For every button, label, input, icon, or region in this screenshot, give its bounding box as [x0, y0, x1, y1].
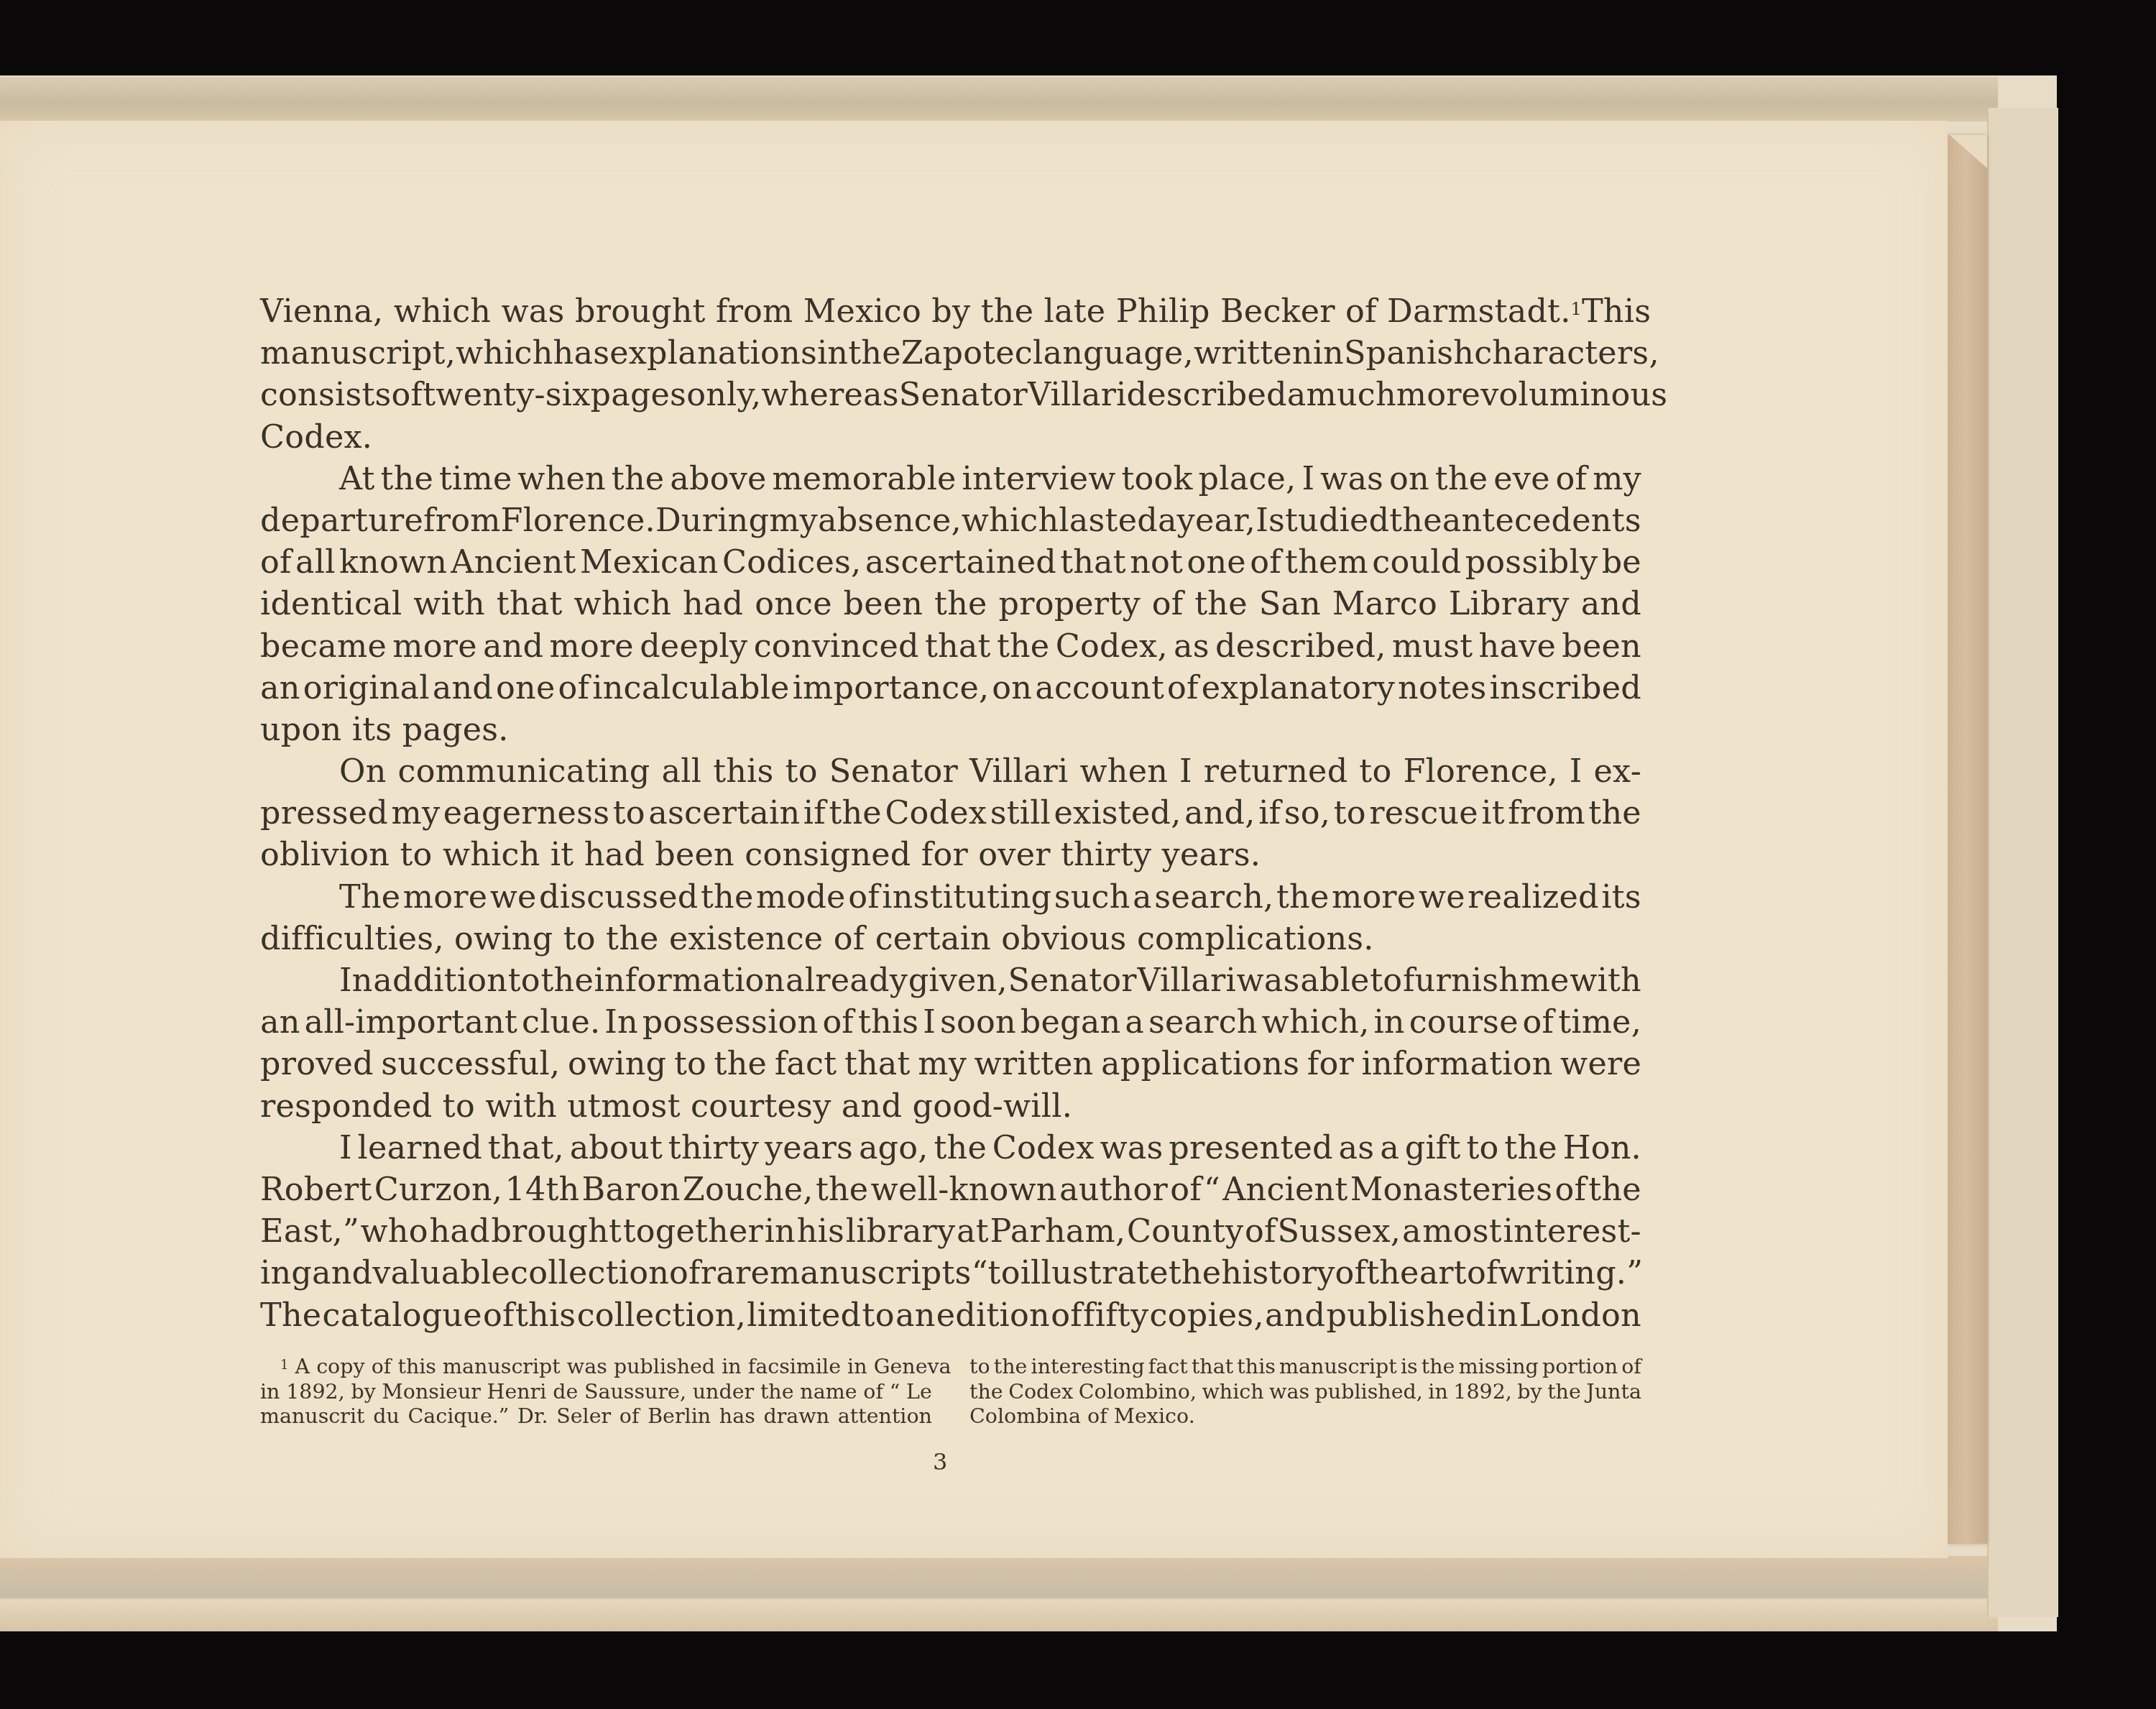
text-line: anall-importantclue.InpossessionofthisIs…	[260, 1002, 1641, 1044]
text-line: consistsoftwenty-sixpagesonly,whereasSen…	[260, 374, 1641, 416]
text-line: Themorewediscussedthemodeofinstitutingsu…	[260, 877, 1641, 918]
text-line: identicalwiththatwhichhadoncebeentheprop…	[260, 584, 1641, 625]
footnote-line: theCodexColombino,whichwaspublished,in18…	[969, 1380, 1641, 1405]
footnote-line: manuscritduCacique.”Dr.SelerofBerlinhasd…	[260, 1404, 932, 1429]
text-line: pressedmyeagernesstoascertainiftheCodexs…	[260, 793, 1641, 834]
footnote-line: in1892,byMonsieurHenrideSaussure,underth…	[260, 1380, 932, 1405]
text-line: anoriginalandoneofincalculableimportance…	[260, 668, 1641, 709]
text-line: difficulties, owing to the existence of …	[260, 918, 1641, 960]
text-line: departurefromFlorence.Duringmyabsence,wh…	[260, 500, 1641, 542]
footnote-line: 1 A copy of this manuscript was publishe…	[260, 1355, 932, 1380]
footnote-reference[interactable]: 1	[1571, 299, 1582, 319]
page-fold-corner	[1950, 135, 1987, 168]
footnote-line: totheinterestingfactthatthismanuscriptis…	[969, 1355, 1641, 1380]
text-line: manuscript,whichhasexplanationsintheZapo…	[260, 333, 1641, 374]
text-line: oblivion to which it had been consigned …	[260, 834, 1641, 876]
text-line: upon its pages.	[260, 709, 1641, 751]
text-line: Atthetimewhentheabovememorableinterviewt…	[260, 459, 1641, 500]
footnotes: 1 A copy of this manuscript was publishe…	[260, 1355, 1641, 1429]
text-line: Thecatalogueofthiscollection,limitedtoan…	[260, 1295, 1641, 1337]
text-line: ofallknownAncientMexicanCodices,ascertai…	[260, 542, 1641, 584]
cover-edge-bottom	[0, 1556, 1998, 1631]
footnote-column-left: 1 A copy of this manuscript was publishe…	[260, 1355, 932, 1429]
footnote-line: Colombina of Mexico.	[969, 1404, 1641, 1429]
cover-edge-right	[1987, 108, 2058, 1617]
text-line-tail: This	[1582, 291, 1651, 333]
text-line: Inadditiontotheinformationalreadygiven,S…	[260, 960, 1641, 1002]
text-line: becamemoreandmoredeeplyconvincedthattheC…	[260, 626, 1641, 668]
text-line: provedsuccessful,owingtothefactthatmywri…	[260, 1044, 1641, 1085]
footnote-column-right: totheinterestingfactthatthismanuscriptis…	[969, 1355, 1641, 1429]
page-number: 3	[933, 1448, 947, 1475]
text-line: Codex.	[260, 417, 1641, 459]
text-line: Ilearnedthat,aboutthirtyyearsago,theCode…	[260, 1128, 1641, 1169]
text-line: responded to with utmost courtesy and go…	[260, 1086, 1641, 1128]
text-line-content: Vienna, which was brought from Mexico by…	[260, 293, 1571, 330]
body-text: Vienna, which was brought from Mexico by…	[260, 291, 1641, 1337]
cover-edge-top	[0, 75, 1998, 121]
page-fold-right	[1944, 135, 1987, 1544]
text-line: ingandvaluablecollectionofraremanuscript…	[260, 1253, 1641, 1294]
text-line: OncommunicatingallthistoSenatorVillariwh…	[260, 751, 1641, 793]
text-line: East,”whohadbroughttogetherinhislibrarya…	[260, 1211, 1641, 1253]
footnote-text: A copy of this manuscript was published …	[295, 1355, 952, 1378]
text-line: RobertCurzon,14thBaronZouche,thewell-kno…	[260, 1169, 1641, 1211]
footnote-marker: 1	[280, 1358, 288, 1373]
text-line: Vienna, which was brought from Mexico by…	[260, 291, 1641, 333]
